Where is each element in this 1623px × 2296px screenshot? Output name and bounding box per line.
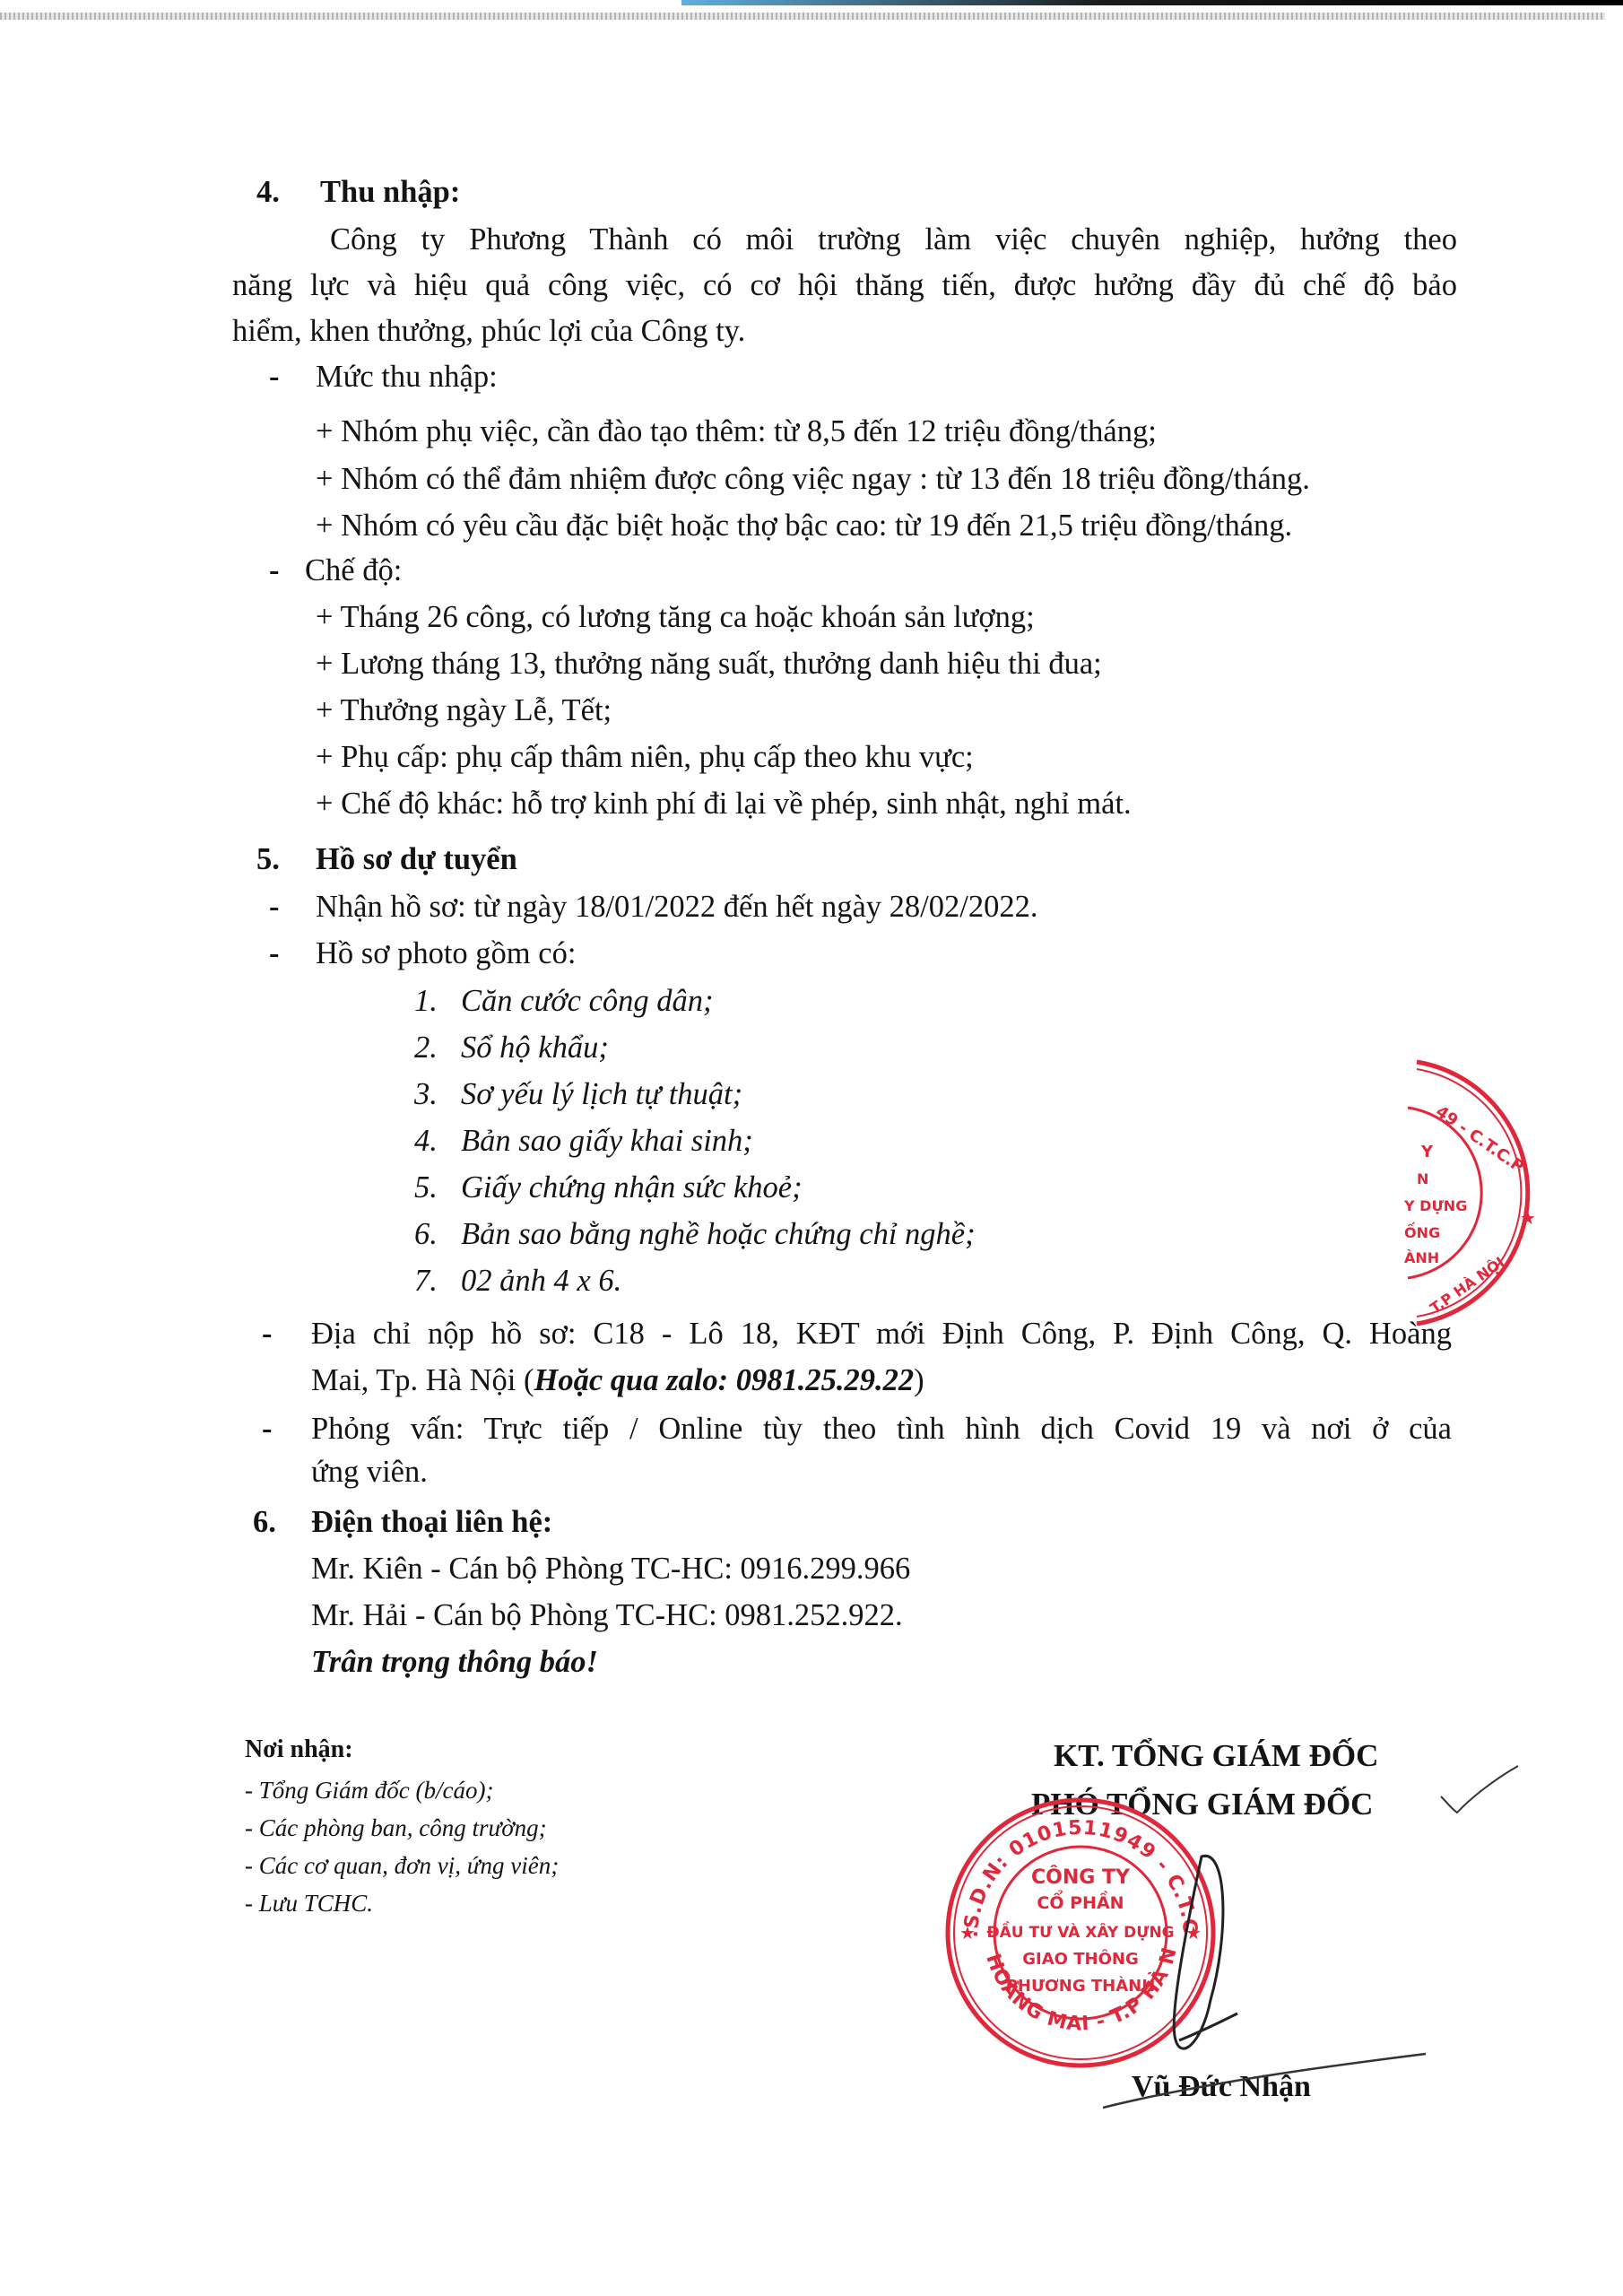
contact-1: Mr. Kiên - Cán bộ Phòng TC-HC: 0916.299.… — [311, 1553, 910, 1585]
doc-item-5: Giấy chứng nhận sức khoẻ; — [461, 1172, 803, 1204]
doc-item-2: Sổ hộ khẩu; — [461, 1032, 609, 1064]
closing-text: Trân trọng thông báo! — [311, 1647, 598, 1678]
benefit-item-4: + Phụ cấp: phụ cấp thâm niên, phụ cấp th… — [316, 742, 974, 773]
doc-item-4-num: 4. — [414, 1126, 438, 1157]
recipient-4: - Lưu TCHC. — [245, 1892, 373, 1916]
docs-label: Hồ sơ photo gồm có: — [316, 938, 576, 970]
svg-text:N: N — [1417, 1170, 1428, 1187]
recipient-2: - Các phòng ban, công trường; — [245, 1816, 547, 1840]
doc-item-6-num: 6. — [414, 1219, 438, 1250]
doc-item-4: Bản sao giấy khai sinh; — [461, 1126, 753, 1157]
income-label: Mức thu nhập: — [316, 361, 498, 393]
doc-item-1: Căn cước công dân; — [461, 986, 714, 1017]
section-4-heading: Thu nhập: — [320, 177, 460, 208]
benefit-item-5: + Chế độ khác: hỗ trợ kinh phí đi lại về… — [316, 788, 1132, 820]
handwritten-signature-icon — [1103, 1839, 1480, 2117]
benefit-item-3: + Thưởng ngày Lễ, Tết; — [316, 695, 612, 726]
section-4-intro-line-2: năng lực và hiệu quả công việc, có cơ hộ… — [232, 270, 1457, 301]
income-item-3: + Nhóm có yêu cầu đặc biệt hoặc thợ bậc … — [316, 510, 1292, 542]
address-line-2: Mai, Tp. Hà Nội (Hoặc qua zalo: 0981.25.… — [311, 1365, 924, 1396]
section-5-number: 5. — [256, 844, 280, 875]
scan-artifact-line — [0, 13, 1605, 20]
interview-line-1: Phỏng vấn: Trực tiếp / Online tùy theo t… — [311, 1413, 1452, 1445]
bullet-dash: - — [269, 891, 280, 923]
section-4-intro-line-1: Công ty Phương Thành có môi trường làm v… — [330, 224, 1457, 256]
doc-item-6: Bản sao bằng nghề hoặc chứng chỉ nghề; — [461, 1219, 976, 1250]
svg-text:★: ★ — [1520, 1207, 1536, 1229]
section-4-intro-line-3: hiểm, khen thưởng, phúc lợi của Công ty. — [232, 316, 745, 347]
recipient-3: - Các cơ quan, đơn vị, ứng viên; — [245, 1854, 559, 1878]
doc-item-7-num: 7. — [414, 1265, 438, 1297]
receive-dates: Nhận hồ sơ: từ ngày 18/01/2022 đến hết n… — [316, 891, 1037, 923]
zalo-contact: Hoặc qua zalo: 0981.25.29.22 — [534, 1363, 915, 1397]
doc-item-3: Sơ yếu lý lịch tự thuật; — [461, 1079, 742, 1110]
svg-text:49 - C.T.C.P: 49 - C.T.C.P — [1432, 1102, 1527, 1177]
contact-2: Mr. Hải - Cán bộ Phòng TC-HC: 0981.252.9… — [311, 1600, 903, 1631]
svg-text:Y DỰNG: Y DỰNG — [1403, 1197, 1467, 1214]
bullet-dash: - — [269, 361, 280, 393]
scan-edge — [681, 0, 1623, 5]
section-6-heading: Điện thoại liên hệ: — [311, 1507, 552, 1538]
doc-item-2-num: 2. — [414, 1032, 438, 1064]
bullet-dash: - — [269, 555, 280, 587]
recipients-label: Nơi nhận: — [245, 1737, 353, 1762]
recipient-1: - Tổng Giám đốc (b/cáo); — [245, 1779, 493, 1803]
doc-item-1-num: 1. — [414, 986, 438, 1017]
doc-item-7: 02 ảnh 4 x 6. — [461, 1265, 621, 1297]
income-item-1: + Nhóm phụ việc, cần đào tạo thêm: từ 8,… — [316, 416, 1157, 448]
svg-text:ỐNG: ỐNG — [1404, 1222, 1440, 1241]
benefit-item-2: + Lương tháng 13, thưởng năng suất, thưở… — [316, 648, 1102, 680]
svg-text:ÀNH: ÀNH — [1404, 1249, 1439, 1266]
doc-item-3-num: 3. — [414, 1079, 438, 1110]
section-6-number: 6. — [253, 1507, 276, 1538]
section-4-number: 4. — [256, 177, 280, 208]
section-5-heading: Hồ sơ dự tuyển — [316, 844, 517, 875]
benefits-label: Chế độ: — [305, 555, 402, 587]
benefit-item-1: + Tháng 26 công, có lương tăng ca hoặc k… — [316, 602, 1035, 633]
bullet-dash: - — [262, 1413, 273, 1445]
partial-seal-icon: 49 - C.T.C.P ★ Y N Y DỰNG ỐNG ÀNH T.P HÀ… — [1399, 1058, 1560, 1327]
interview-line-2: ứng viên. — [311, 1457, 428, 1488]
bullet-dash: - — [269, 938, 280, 970]
doc-item-5-num: 5. — [414, 1172, 438, 1204]
svg-text:Y: Y — [1420, 1143, 1434, 1161]
checkmark-icon — [1439, 1762, 1520, 1825]
income-item-2: + Nhóm có thể đảm nhiệm được công việc n… — [316, 464, 1310, 495]
signature-title-1: KT. TỔNG GIÁM ĐỐC — [1054, 1740, 1378, 1771]
address-line-1: Địa chỉ nộp hồ sơ: C18 - Lô 18, KĐT mới … — [311, 1318, 1452, 1350]
bullet-dash: - — [262, 1318, 273, 1350]
svg-text:★: ★ — [959, 1922, 976, 1944]
